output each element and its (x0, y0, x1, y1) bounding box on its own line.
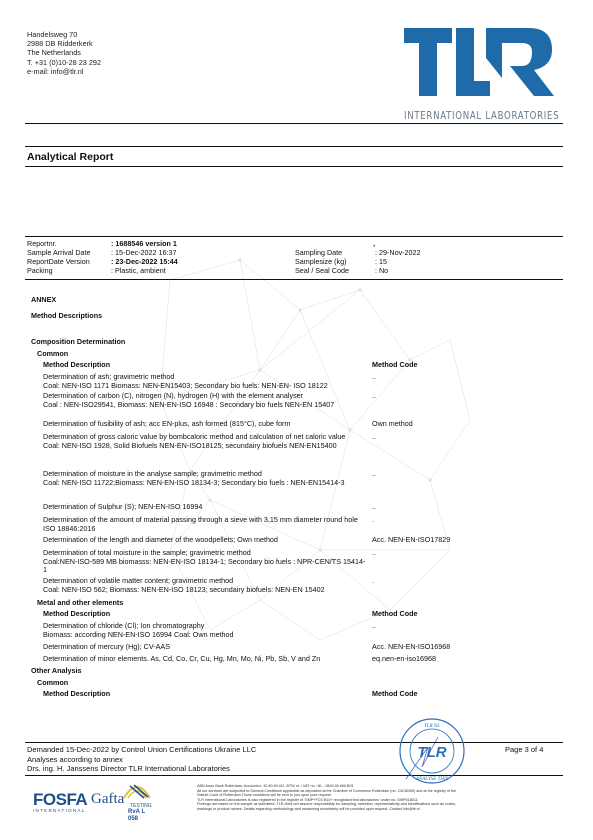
address-email: e-mail: info@tlr.nl (27, 67, 101, 76)
rva-bottom: RvA L 058 (128, 809, 152, 823)
method-code: .. (372, 433, 376, 442)
method-description: Determination of volatile matter content… (43, 577, 368, 594)
fosfa-text: FOSFA (33, 790, 87, 810)
method-description: Determination of moisture in the analyse… (43, 470, 368, 487)
tlr-logo (404, 28, 554, 96)
gafta-logo: Gafta (91, 790, 124, 808)
method-description: Determination of mercury (Hg); CV-AAS (43, 643, 368, 652)
lab-address: Handelsweg 70 2988 DB Ridderkerk The Net… (27, 30, 101, 76)
method-description: Determination of gross caloric value by … (43, 433, 368, 450)
divider (25, 279, 563, 280)
seal: : No (375, 267, 388, 276)
method-code: . (372, 577, 374, 586)
composition-col-desc: Method Description (43, 361, 110, 370)
fine-print: ABN Amro Bank Rotterdam; Accountno. 42.6… (197, 784, 592, 812)
footer-info: Demanded 15-Dec-2022 by Control Union Ce… (27, 745, 256, 774)
method-description: Determination of total moisture in the s… (43, 549, 368, 575)
method-code: Acc. NEN-EN-ISO16968 (372, 643, 450, 652)
svg-text:TLR.NL: TLR.NL (424, 724, 440, 729)
packing-label: Packing (27, 267, 53, 276)
method-description: Determination of the amount of material … (43, 516, 368, 533)
method-code: eq.nen-en-iso16968 (372, 655, 436, 664)
metals-col-code: Method Code (372, 610, 418, 619)
fosfa-logo: FOSFA INTERNATIONAL (33, 790, 87, 814)
method-description: Determination of chloride (Cl); Ion chro… (43, 622, 368, 639)
page-title: Analytical Report (27, 151, 113, 164)
address-city: 2988 DB Ridderkerk (27, 39, 101, 48)
page-number: Page 3 of 4 (505, 745, 543, 754)
divider (25, 166, 563, 167)
address-country: The Netherlands (27, 48, 101, 57)
fine-print-line: markings or product names. Details regar… (197, 807, 592, 812)
method-code: .. (372, 392, 376, 401)
rva-emblem-icon (122, 780, 152, 800)
other-col-code: Method Code (372, 690, 418, 699)
packing: : Plastic, ambient (111, 267, 166, 276)
demanded-by: Demanded 15-Dec-2022 by Control Union Ce… (27, 745, 256, 755)
divider (25, 775, 563, 776)
method-description: Determination of Sulphur (S); NEN-EN-ISO… (43, 503, 368, 512)
svg-text:TLR: TLR (417, 744, 446, 761)
method-descriptions-heading: Method Descriptions (31, 312, 102, 321)
svg-text:ANALYSE THIS: ANALYSE THIS (415, 777, 449, 782)
method-code: .. (372, 622, 376, 631)
divider (25, 146, 563, 147)
method-code: .. (372, 373, 376, 382)
method-description: Determination of the length and diameter… (43, 536, 368, 545)
method-description: Determination of ash; gravimetric method… (43, 373, 368, 390)
divider (25, 123, 563, 124)
address-street: Handelsweg 70 (27, 30, 101, 39)
method-code: Own method (372, 420, 413, 429)
rva-top: TESTING (130, 803, 152, 809)
tlr-stamp: TLR.NL TLR ANALYSE THIS (398, 717, 466, 785)
method-description: Determination of minor elements. As, Cd,… (43, 655, 368, 664)
signatory: Drs. ing. H. Janssens Director TLR Inter… (27, 764, 256, 774)
method-code: .. (372, 470, 376, 479)
other-col-desc: Method Description (43, 690, 110, 699)
metals-heading: Metal and other elements (37, 599, 123, 608)
other-group: Common (37, 679, 68, 688)
method-code: .. (372, 549, 376, 558)
method-code: . (372, 516, 374, 525)
composition-heading: Composition Determination (31, 338, 125, 347)
method-description: Determination of carbon (C), nitrogen (N… (43, 392, 368, 409)
network-watermark (150, 250, 480, 670)
other-heading: Other Analysis (31, 667, 81, 676)
divider (25, 236, 563, 237)
method-code: Acc. NEN-EN-ISO17829 (372, 536, 450, 545)
seal-label: Seal / Seal Code (295, 267, 349, 276)
metals-col-desc: Method Description (43, 610, 110, 619)
annex-heading: ANNEX (31, 296, 56, 305)
logo-subtitle: INTERNATIONAL LABORATORIES (404, 109, 527, 122)
composition-group: Common (37, 350, 68, 359)
fosfa-sub: INTERNATIONAL (33, 808, 87, 813)
analyses-note: Analyses according to annex (27, 755, 256, 765)
rva-logo: TESTING RvA L 058 (122, 780, 152, 823)
method-description: Determination of fusibility of ash; acc … (43, 420, 368, 429)
divider (25, 742, 563, 743)
composition-col-code: Method Code (372, 361, 418, 370)
method-code: .. (372, 503, 376, 512)
address-phone: T. +31 (0)10-28 23 292 (27, 58, 101, 67)
